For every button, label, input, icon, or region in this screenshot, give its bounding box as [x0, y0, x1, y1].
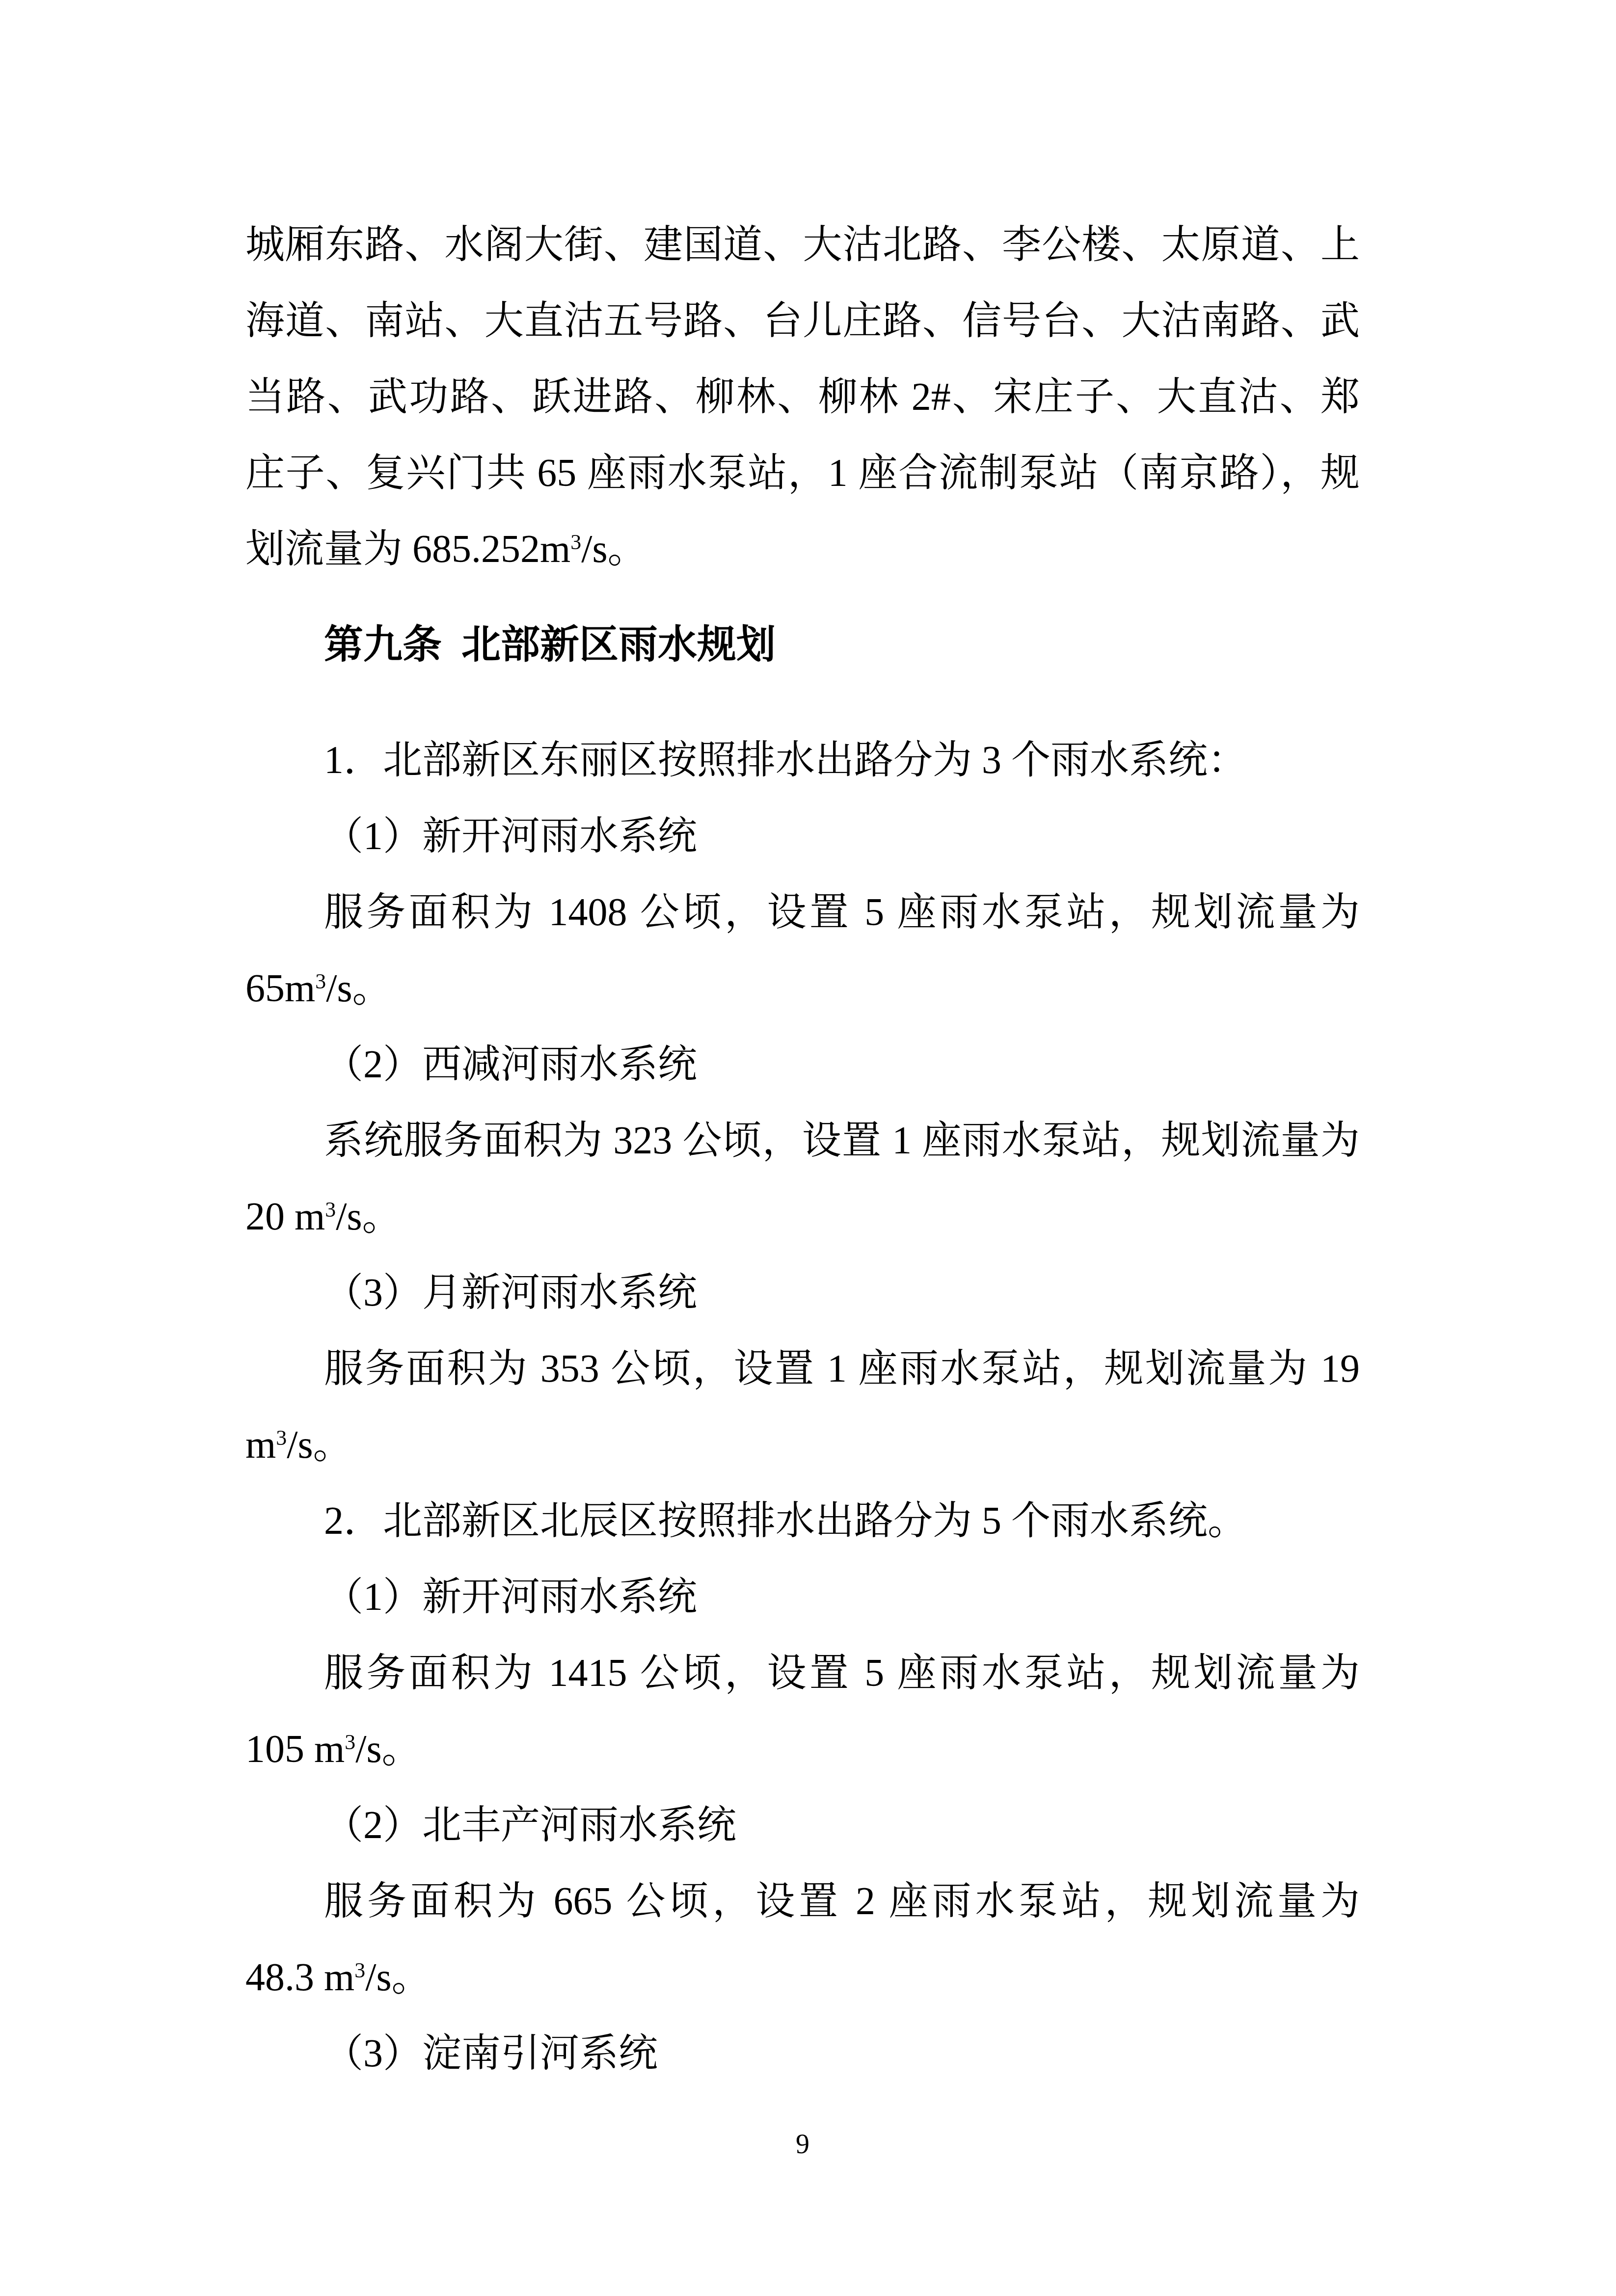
superscript-3: 3 — [570, 530, 581, 554]
system-detail-line: 服务面积为 353 公顷，设置 1 座雨水泵站，规划流量为 19 — [245, 1331, 1360, 1407]
article-number: 第九条 — [324, 623, 442, 667]
flow-value-text: 65m — [245, 967, 315, 1010]
superscript-3: 3 — [315, 969, 326, 993]
superscript-3: 3 — [276, 1426, 287, 1450]
flow-value-text: 48.3 m — [245, 1956, 354, 1999]
unit-suffix: /s。 — [365, 1956, 431, 1999]
system-title: （2）北丰产河雨水系统 — [245, 1788, 1360, 1864]
continued-paragraph-line: 庄子、复兴门共 65 座雨水泵站，1 座合流制泵站（南京路），规 — [245, 435, 1360, 511]
unit-suffix: /s。 — [287, 1423, 352, 1467]
system-title: （3）淀南引河系统 — [245, 2016, 1360, 2092]
system-detail-last-line: 20 m3/s。 — [245, 1179, 1360, 1255]
system-detail-last-line: 48.3 m3/s。 — [245, 1940, 1360, 2016]
unit-suffix: /s。 — [326, 967, 391, 1010]
system-title: （3）月新河雨水系统 — [245, 1255, 1360, 1331]
unit-suffix: /s。 — [355, 1728, 421, 1771]
system-detail-last-line: 65m3/s。 — [245, 951, 1360, 1027]
superscript-3: 3 — [325, 1198, 336, 1222]
page-number: 9 — [245, 2107, 1360, 2183]
continued-paragraph-line: 当路、武功路、跃进路、柳林、柳林 2#、宋庄子、大直沽、郑 — [245, 359, 1360, 435]
system-title: （1）新开河雨水系统 — [245, 799, 1360, 875]
system-detail-last-line: 105 m3/s。 — [245, 1711, 1360, 1788]
article-heading: 第九条北部新区雨水规划 — [245, 607, 1360, 683]
system-detail-line: 系统服务面积为 323 公顷，设置 1 座雨水泵站，规划流量为 — [245, 1103, 1360, 1179]
continued-paragraph-line: 城厢东路、水阁大街、建国道、大沽北路、李公楼、太原道、上 — [245, 207, 1360, 283]
superscript-3: 3 — [354, 1958, 365, 1982]
flow-value-text: 105 m — [245, 1728, 345, 1771]
article-title: 北部新区雨水规划 — [461, 623, 776, 667]
section-2-intro: 2．北部新区北辰区按照排水出路分为 5 个雨水系统。 — [245, 1483, 1360, 1559]
flow-value-text: 划流量为 685.252m — [245, 528, 570, 571]
flow-value-text: 20 m — [245, 1195, 325, 1238]
system-detail-line: 服务面积为 665 公顷，设置 2 座雨水泵站，规划流量为 — [245, 1864, 1360, 1940]
system-detail-line: 服务面积为 1408 公顷，设置 5 座雨水泵站，规划流量为 — [245, 875, 1360, 951]
superscript-3: 3 — [345, 1730, 355, 1754]
unit-suffix: /s。 — [581, 528, 646, 571]
system-title: （2）西减河雨水系统 — [245, 1027, 1360, 1103]
unit-suffix: /s。 — [336, 1195, 401, 1238]
continued-paragraph-last-line: 划流量为 685.252m3/s。 — [245, 511, 1360, 587]
system-detail-line: 服务面积为 1415 公顷，设置 5 座雨水泵站，规划流量为 — [245, 1635, 1360, 1711]
flow-value-text: m — [245, 1423, 276, 1467]
continued-paragraph-line: 海道、南站、大直沽五号路、台儿庄路、信号台、大沽南路、武 — [245, 283, 1360, 359]
section-1-intro: 1．北部新区东丽区按照排水出路分为 3 个雨水系统： — [245, 722, 1360, 799]
system-title: （1）新开河雨水系统 — [245, 1559, 1360, 1635]
system-detail-last-line: m3/s。 — [245, 1407, 1360, 1483]
document-page: 城厢东路、水阁大街、建国道、大沽北路、李公楼、太原道、上 海道、南站、大直沽五号… — [0, 0, 1616, 2296]
